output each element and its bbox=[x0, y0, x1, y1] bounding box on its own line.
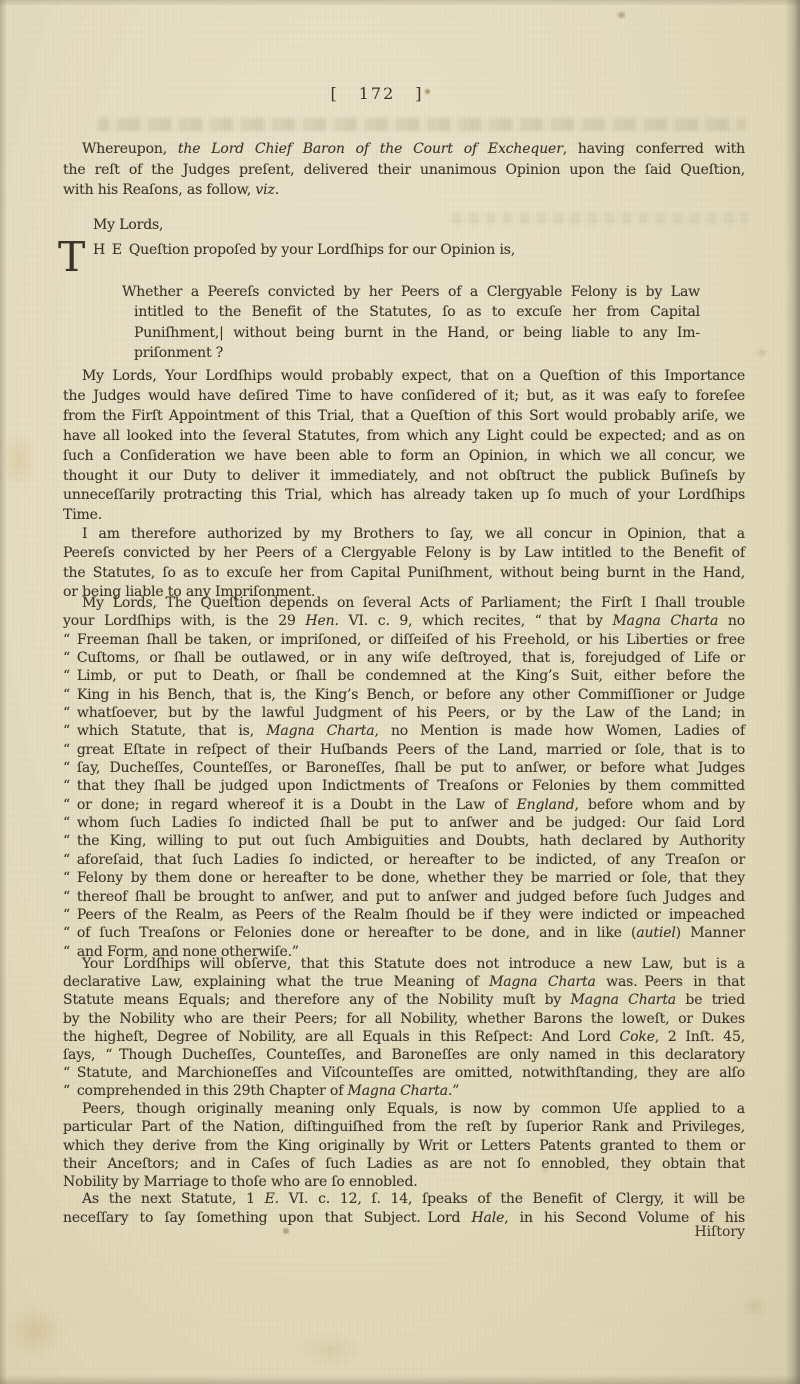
text-line: intitled to the Benefit of the Statutes,… bbox=[134, 302, 700, 322]
text-line: “ aforeſaid, that ſuch Ladies ſo indicte… bbox=[63, 851, 745, 869]
text-line: “ that they ſhall be judged upon Indictm… bbox=[63, 777, 745, 795]
text-line: I am therefore authorized by my Brothers… bbox=[63, 525, 745, 544]
text-line: “ ſay, Ducheſſes, Counteſſes, or Baroneſ… bbox=[63, 759, 745, 777]
paper-stain bbox=[756, 348, 768, 358]
paragraph-peers-meaning: Peers, though originally meaning only Eq… bbox=[63, 1100, 745, 1191]
text-line: “ whatſoever, but by the lawful Judgment… bbox=[63, 704, 745, 722]
question-blockquote: Whether a Peereſs convicted by her Peers… bbox=[134, 282, 700, 364]
text-line: My Lords, Your Lordſhips would probably … bbox=[63, 367, 745, 387]
paper-stain bbox=[2, 430, 36, 490]
text-line: the Judges would have deſired Time to ha… bbox=[63, 387, 745, 407]
text-line: with his Reaſons, as follow, viz. bbox=[63, 180, 745, 201]
text-line: “ the King, willing to put out ſuch Ambi… bbox=[63, 832, 745, 850]
salutation: My Lords, bbox=[63, 215, 775, 235]
text-line: which they derive from the King original… bbox=[63, 1137, 745, 1155]
text-line: My Lords, bbox=[93, 215, 775, 235]
ink-showthrough-line bbox=[98, 118, 746, 131]
text-line: “ Cuſtoms, or ſhall be outlawed, or in a… bbox=[63, 649, 745, 667]
text-line: Puniſhment,| without being burnt in the … bbox=[134, 323, 700, 343]
page-edge-bottom bbox=[0, 1375, 800, 1384]
text-line: particular Part of the Nation, diſtingui… bbox=[63, 1118, 745, 1136]
paragraph-consideration: My Lords, Your Lordſhips would probably … bbox=[63, 367, 745, 526]
text-line: My Lords, The Queſtion depends on ſevera… bbox=[63, 594, 745, 612]
catchword: Hiſtory bbox=[63, 1224, 745, 1240]
text-line: thought it our Duty to deliver it immedi… bbox=[63, 467, 745, 487]
text-line: from the Firſt Appointment of this Trial… bbox=[63, 407, 745, 427]
text-line: “ thereof ſhall be brought to anſwer, an… bbox=[63, 888, 745, 906]
text-line: the higheſt, Degree of Nobility, are all… bbox=[63, 1028, 745, 1046]
text-line: Peers, though originally meaning only Eq… bbox=[63, 1100, 745, 1118]
text-line: Your Lordſhips will obſerve, that this S… bbox=[63, 955, 745, 973]
text-line: As the next Statute, 1 E. VI. c. 12, ſ. … bbox=[63, 1190, 745, 1209]
text-line: their Anceſtors; and in Caſes of ſuch La… bbox=[63, 1155, 745, 1173]
text-line: the Statutes, ſo as to excuſe her from C… bbox=[63, 564, 745, 583]
paper-stain bbox=[742, 1296, 768, 1318]
text-line: “ Peers of the Realm, as Peers of the Re… bbox=[63, 906, 745, 924]
text-line: “ whom ſuch Ladies ſo indicted ſhall be … bbox=[63, 814, 745, 832]
book-page: [ 172 ] Whereupon, the Lord Chief Baron … bbox=[0, 0, 800, 1384]
text-line: Statute means Equals; and therefore any … bbox=[63, 991, 745, 1009]
page-edge-top bbox=[0, 0, 800, 6]
paper-stain bbox=[618, 12, 625, 18]
page-number: [ 172 ] bbox=[63, 84, 691, 103]
text-line: ſuch a Conſideration we have been able t… bbox=[63, 447, 745, 467]
paragraph-statute-recital: My Lords, The Queſtion depends on ſevera… bbox=[63, 594, 745, 961]
text-line: ſays, “ Though Ducheſſes, Counteſſes, an… bbox=[63, 1046, 745, 1064]
drop-cap-initial: T bbox=[58, 238, 85, 276]
text-line: “ or done; in regard whereof it is a Dou… bbox=[63, 796, 745, 814]
text-line: unneceſſarily protracting this Trial, wh… bbox=[63, 486, 745, 506]
text-line: “ comprehended in this 29th Chapter of M… bbox=[63, 1082, 745, 1100]
page-edge-right bbox=[785, 0, 800, 1384]
text-line: “ Freeman ſhall be taken, or impriſoned,… bbox=[63, 631, 745, 649]
text-line: Peereſs convicted by her Peers of a Cler… bbox=[63, 544, 745, 563]
paragraph-opening: Whereupon, the Lord Chief Baron of the C… bbox=[63, 139, 745, 201]
text-line: “ of ſuch Treaſons or Felonies done or h… bbox=[63, 924, 745, 942]
text-line: Whether a Peereſs convicted by her Peers… bbox=[134, 282, 700, 302]
text-line: Nobility by Marriage to thoſe who are ſo… bbox=[63, 1173, 745, 1191]
question-intro: TH E Queſtion propoſed by your Lordſhips… bbox=[63, 240, 775, 260]
text-line: priſonment ? bbox=[134, 343, 700, 363]
text-line: Whereupon, the Lord Chief Baron of the C… bbox=[63, 139, 745, 160]
text-line: “ which Statute, that is, Magna Charta, … bbox=[63, 722, 745, 740]
text-line: “ Limb, or put to Death, or ſhall be con… bbox=[63, 667, 745, 685]
text-line: “ Statute, and Marchioneſſes and Viſcoun… bbox=[63, 1064, 745, 1082]
text-line: “ King in his Bench, that is, the King’s… bbox=[63, 686, 745, 704]
text-line: declarative Law, explaining what the tru… bbox=[63, 973, 745, 991]
text-line: “ Felony by them done or hereafter to be… bbox=[63, 869, 745, 887]
paper-stain bbox=[300, 1335, 360, 1365]
text-line: H E Queſtion propoſed by your Lordſhips … bbox=[93, 240, 775, 260]
paragraph-observe: Your Lordſhips will obſerve, that this S… bbox=[63, 955, 745, 1101]
paragraph-next-statute: As the next Statute, 1 E. VI. c. 12, ſ. … bbox=[63, 1190, 745, 1228]
paper-stain bbox=[6, 1305, 64, 1357]
text-line: by the Nobility who are their Peers; for… bbox=[63, 1010, 745, 1028]
text-line: the reſt of the Judges preſent, delivere… bbox=[63, 160, 745, 181]
page-edge-left bbox=[0, 0, 7, 1384]
text-line: Time. bbox=[63, 506, 745, 526]
text-line: your Lordſhips with, is the 29 Hen. VI. … bbox=[63, 612, 745, 630]
text-line: have all looked into the ſeveral Statute… bbox=[63, 427, 745, 447]
text-line: “ great Eſtate in reſpect of their Huſba… bbox=[63, 741, 745, 759]
paragraph-opinion: I am therefore authorized by my Brothers… bbox=[63, 525, 745, 603]
